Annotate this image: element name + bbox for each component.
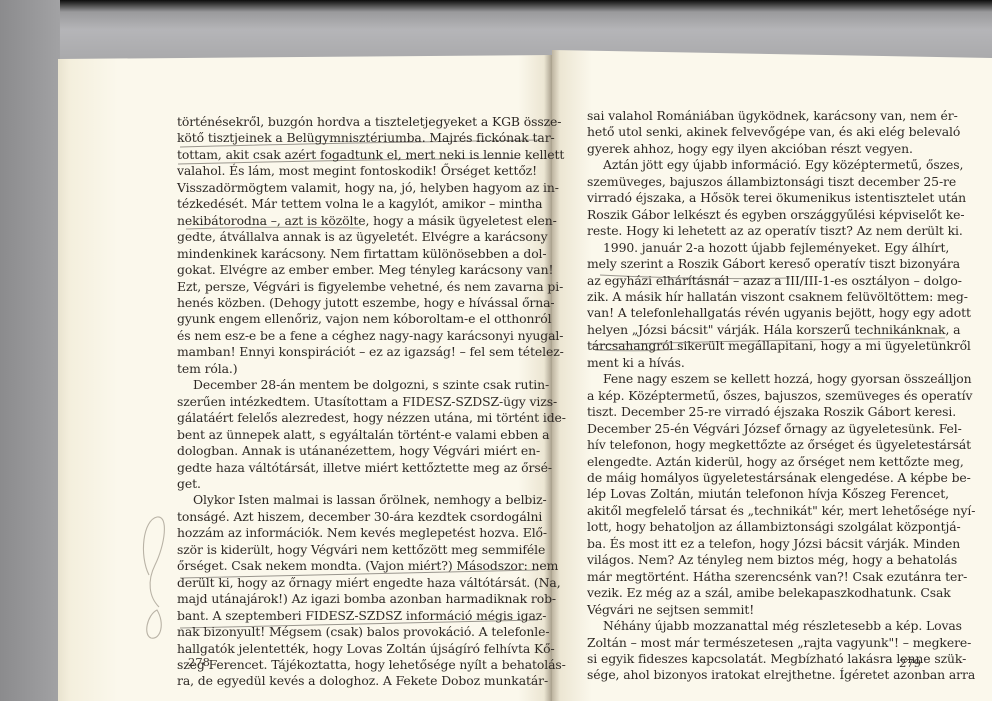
text-line: gyunk engem ellenőriz, vajon nem kóborol… — [177, 311, 537, 327]
text-line: az egyházi elhárításnál – azaz a III/III… — [587, 273, 949, 289]
text-line: gedte, átvállalva annak is az ügyeletét.… — [177, 229, 537, 245]
text-line: lott, hogy behatoljon az állambiztonsági… — [587, 519, 949, 535]
text-line: és nem esz-e be a fene a céghez nagy-nag… — [177, 328, 537, 344]
text-line: sai valahol Romániában ügyködnek, karács… — [587, 108, 949, 124]
text-line: de máig homályos ügyeletestársának eleng… — [587, 470, 949, 486]
text-line: gálatáért felelős alezredest, hogy nézze… — [177, 410, 537, 426]
text-line: get. — [177, 476, 537, 492]
text-line: bant. A szeptemberi FIDESZ-SZDSZ informá… — [177, 608, 537, 624]
text-line: lép Lovas Zoltán, miután telefonon hívja… — [587, 486, 949, 502]
text-line: Végvári ne sejtsen semmit! — [587, 602, 949, 618]
text-line: si egyik fideszes kapcsolatát. Megbízhat… — [587, 651, 949, 667]
text-line: Visszadörmögtem valamit, hogy na, jó, he… — [177, 180, 537, 196]
text-line: világos. Nem? Az tényleg nem biztos még,… — [587, 552, 949, 568]
text-line: ször is kiderült, hogy Végvári nem kettő… — [177, 542, 537, 558]
left-page-text: történésekről, buzgón hordva a tisztelet… — [177, 114, 537, 690]
text-line: tárcsahangról sikerült megállapitani, ho… — [587, 338, 949, 354]
text-line: ra, de egyedül kevés a dologhoz. A Feket… — [177, 673, 537, 689]
text-line: hallgatók jelentették, hogy Lovas Zoltán… — [177, 641, 537, 657]
text-line: Ezt, persze, Végvári is figyelembe vehet… — [177, 279, 537, 295]
text-line: elengedte. Aztán kiderül, hogy az őrsége… — [587, 454, 949, 470]
text-line: Roszik Gábor lelkészt és egyben országgy… — [587, 207, 949, 223]
text-line: mely szerint a Roszik Gábort kereső oper… — [587, 256, 949, 272]
text-line: henés közben. (Dehogy jutott eszembe, ho… — [177, 295, 537, 311]
text-line: gokat. Elvégre az ember ember. Meg tényl… — [177, 262, 537, 278]
text-line: nekibátorodna –, azt is közölte, hogy a … — [177, 213, 537, 229]
text-line: tézkedését. Már tettem volna le a kagyló… — [177, 196, 537, 212]
text-line: majd utánajárok!) Az igazi bomba azonban… — [177, 591, 537, 607]
text-line: vezik. Ez még az a szál, amibe belekapas… — [587, 585, 949, 601]
right-page-text: sai valahol Romániában ügyködnek, karács… — [587, 108, 949, 684]
text-line: tonságé. Azt hiszem, december 30-ára kez… — [177, 509, 537, 525]
text-line: virradó éjszaka, a Hősök terei ökumeniku… — [587, 190, 949, 206]
text-line: dologban. Annak is utánanézettem, hogy V… — [177, 443, 537, 459]
text-line: nak bizonyult! Mégsem (csak) balos provo… — [177, 624, 537, 640]
text-line: reste. Hogy ki lehetett az az operatív t… — [587, 223, 949, 239]
text-line: December 25-én Végvári József őrnagy az … — [587, 421, 949, 437]
text-line: hív telefonon, hogy megkettőzte az őrség… — [587, 437, 949, 453]
text-line: hető utol senki, akinek felvevőgépe van,… — [587, 124, 949, 140]
text-line: Aztán jött egy újabb információ. Egy köz… — [587, 157, 949, 173]
text-line: a kép. Középtermetű, őszes, bajuszos, sz… — [587, 388, 949, 404]
text-line: derült ki, hogy az őrnagy miért engedte … — [177, 575, 537, 591]
text-line: szemüveges, bajuszos állambiztonsági tis… — [587, 174, 949, 190]
text-line: gyerek ahhoz, hogy egy ilyen akcióban ré… — [587, 141, 949, 157]
text-line: van! A telefonlehallgatás révén ugyanis … — [587, 305, 949, 321]
text-line: helyen „Józsi bácsit" várják. Hála korsz… — [587, 322, 949, 338]
text-line: mindenkinek karácsony. Nem firtattam kül… — [177, 246, 537, 262]
text-line: szerűen intézkedtem. Utasítottam a FIDES… — [177, 394, 537, 410]
page-number-right: 279 — [899, 656, 921, 670]
text-line: akitől megfelelő társat és „technikát" k… — [587, 503, 949, 519]
text-line: ment ki a hívás. — [587, 355, 949, 371]
text-line: tem róla.) — [177, 361, 537, 377]
text-line: sége, ahol bizonyos iratokat elrejthetne… — [587, 667, 949, 683]
text-line: Olykor Isten malmai is lassan őrölnek, n… — [177, 492, 537, 508]
text-line: szeg Ferencet. Tájékoztatta, hogy lehető… — [177, 657, 537, 673]
text-line: tiszt. December 25-re virradó éjszaka Ro… — [587, 404, 949, 420]
text-line: 1990. január 2-a hozott újabb fejleménye… — [587, 240, 949, 256]
text-line: hozzám az információk. Nem kevés meglepe… — [177, 525, 537, 541]
text-line: Fene nagy eszem se kellett hozzá, hogy g… — [587, 371, 949, 387]
text-line: zik. A másik hír hallatán viszont csakne… — [587, 289, 949, 305]
text-line: Néhány újabb mozzanattal még részleteseb… — [587, 618, 949, 634]
page-number-left: 278 — [188, 655, 210, 669]
text-line: tottam, akit csak azért fogadtunk el, me… — [177, 147, 537, 163]
text-line: ba. És most itt ez a telefon, hogy Józsi… — [587, 536, 949, 552]
text-line: kötő tisztjeinek a Belügymnisztériumba. … — [177, 130, 537, 146]
text-line: valahol. És lám, most megint fontoskodik… — [177, 163, 537, 179]
text-line: történésekről, buzgón hordva a tisztelet… — [177, 114, 537, 130]
text-line: gedte haza váltótársát, illetve miért ke… — [177, 460, 537, 476]
text-line: mamban! Ennyi konspirációt – ez az igazs… — [177, 344, 537, 360]
text-line: December 28-án mentem be dolgozni, s szi… — [177, 377, 537, 393]
text-line: bent az ünnepek alatt, s egyáltalán tört… — [177, 427, 537, 443]
text-line: őrséget. Csak nekem mondta. (Vajon miért… — [177, 558, 537, 574]
text-line: már megtörtént. Hátha szerencsénk van?! … — [587, 569, 949, 585]
text-line: Zoltán – most már természetesen „rajta v… — [587, 635, 949, 651]
